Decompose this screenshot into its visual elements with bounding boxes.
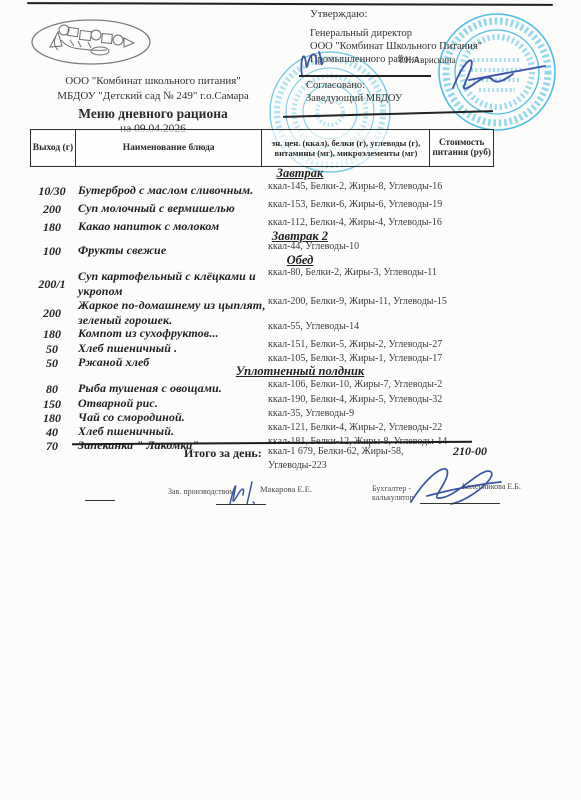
row-nutrition: ккал-106, Белки-10, Жиры-7, Углеводы-2: [268, 379, 483, 390]
row-dish: Суп молочный с вермишелью: [78, 201, 284, 216]
row-dish: Хлеб пшеничный.: [78, 424, 284, 439]
row-dish: Хлеб пшеничный .: [78, 341, 284, 356]
approve-label: Утверждаю:: [310, 8, 550, 21]
director-signature-line: [299, 75, 431, 77]
scan-artifact-line: [27, 2, 553, 6]
accountant-signature-line: [420, 503, 500, 504]
row-out: 200: [30, 306, 74, 321]
school-meals-logo-icon: [28, 16, 156, 70]
accountant-name: Колесникова Е.Б.: [462, 482, 521, 491]
row-dish: Отварной рис.: [78, 396, 284, 411]
agreed-block: Согласовано: Заведующий МБДОУ: [306, 79, 402, 105]
director-role: Генеральный директор: [310, 27, 550, 40]
row-out: 50: [30, 342, 74, 357]
totals-label: Итого за день:: [184, 446, 262, 461]
row-nutrition: ккал-44, Углеводы-10: [268, 241, 483, 252]
row-dish: Чай со смородиной.: [78, 410, 284, 425]
row-nutrition: ккал-35, Углеводы-9: [268, 408, 483, 419]
org-line-1: ООО "Комбинат школьного питания": [20, 74, 286, 89]
row-out: 80: [30, 382, 74, 397]
stamp-signature-icon: [445, 48, 550, 98]
row-dish: Бутерброд с маслом сливочным.: [78, 183, 284, 198]
row-nutrition: ккал-153, Белки-6, Жиры-6, Углеводы-19: [268, 199, 483, 210]
row-nutrition: ккал-145, Белки-2, Жиры-8, Углеводы-16: [268, 181, 483, 192]
row-nutrition: ккал-121, Белки-4, Жиры-2, Углеводы-22: [268, 422, 483, 433]
menu-document-page: ООО "Комбинат школьного питания" МБДОУ "…: [0, 0, 581, 800]
row-out: 70: [30, 439, 74, 454]
agreed-role: Заведующий МБДОУ: [306, 92, 402, 105]
bottom-left-mark-line: [85, 500, 115, 501]
row-nutrition: ккал-55, Углеводы-14: [268, 321, 483, 332]
table-header: Выход (г) Наименование блюда эн. цен. (к…: [30, 129, 494, 167]
totals-line-1: ккал-1 679, Белки-62, Жиры-58,: [268, 445, 403, 459]
section-title-lunch: Обед: [30, 253, 570, 268]
column-out: Выход (г): [31, 130, 75, 166]
row-dish: Суп картофельный с клёцками и укропом: [78, 269, 278, 298]
row-nutrition: ккал-112, Белки-4, Жиры-4, Углеводы-16: [268, 217, 483, 228]
row-out: 180: [30, 327, 74, 342]
row-out: 180: [30, 411, 74, 426]
org-line-2: МБДОУ "Детский сад № 249" г.о.Самара: [20, 89, 286, 104]
column-dish: Наименование блюда: [75, 130, 261, 166]
document-title: Меню дневного рациона: [20, 106, 286, 122]
totals-line-2: Углеводы-223: [268, 459, 403, 473]
row-out: 10/30: [30, 184, 74, 199]
section-title-breakfast: Завтрак: [30, 166, 570, 181]
production-manager-name: Макарова Е.Е.: [260, 484, 312, 494]
row-out: 150: [30, 397, 74, 412]
row-out: 200: [30, 202, 74, 217]
document-header: ООО "Комбинат школьного питания" МБДОУ "…: [20, 74, 286, 135]
production-manager-signature-line: [216, 504, 266, 505]
row-dish: Жаркое по-домашнему из цыплят, зеленый г…: [78, 298, 284, 327]
totals-cost: 210-00: [453, 444, 487, 459]
row-dish: Компот из сухофруктов...: [78, 326, 284, 341]
row-nutrition: ккал-105, Белки-3, Жиры-1, Углеводы-17: [268, 353, 483, 364]
row-out: 40: [30, 425, 74, 440]
row-nutrition: ккал-151, Белки-5, Жиры-2, Углеводы-27: [268, 339, 483, 350]
row-dish: Рыба тушеная с овощами.: [78, 381, 284, 396]
row-out: 200/1: [30, 277, 74, 292]
row-nutrition: ккал-200, Белки-9, Жиры-11, Углеводы-15: [268, 296, 483, 307]
totals-values: ккал-1 679, Белки-62, Жиры-58, Углеводы-…: [268, 445, 403, 473]
column-nutrition: эн. цен. (ккал), белки (г), углеводы (г)…: [261, 130, 429, 166]
agreed-label: Согласовано:: [306, 79, 402, 92]
row-nutrition: ккал-80, Белки-2, Жиры-3, Углеводы-11: [268, 267, 483, 278]
column-cost: Стоимость питания (руб): [429, 130, 493, 166]
section-title-snack: Уплотненный полдник: [30, 364, 570, 379]
row-nutrition: ккал-190, Белки-4, Жиры-5, Углеводы-32: [268, 394, 483, 405]
